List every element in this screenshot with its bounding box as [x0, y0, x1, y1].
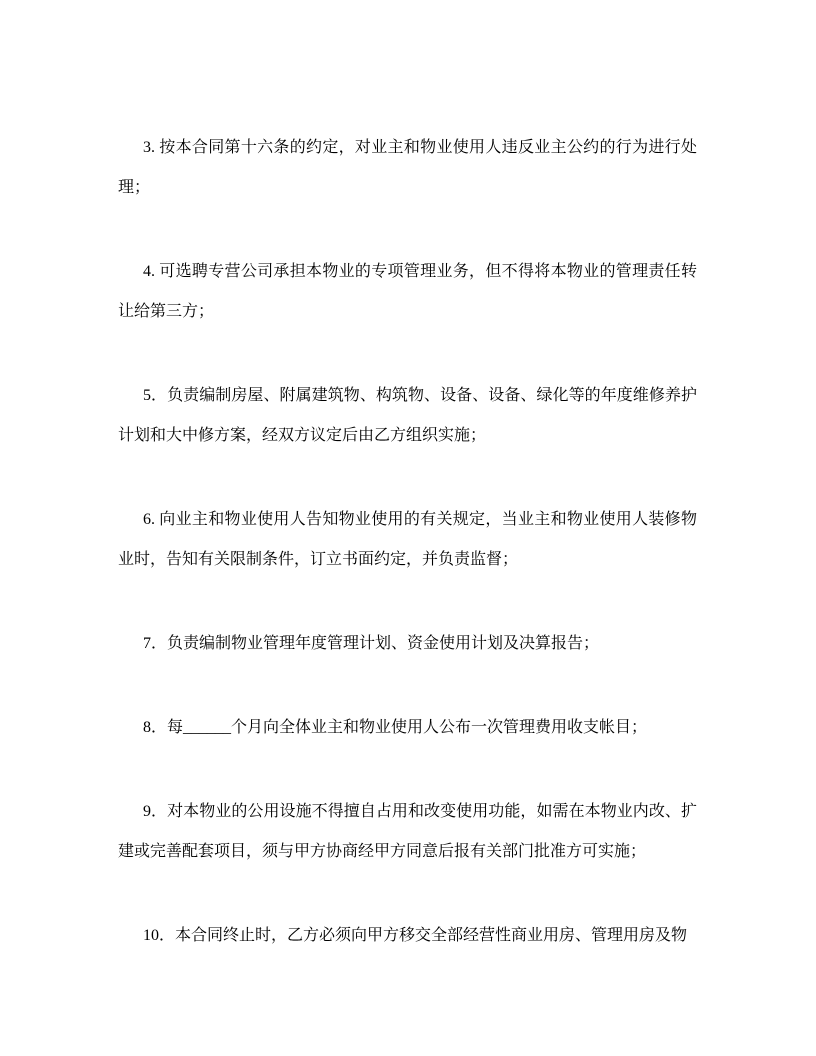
contract-clause-3: 3. 按本合同第十六条的约定，对业主和物业使用人违反业主公约的行为进行处理；	[118, 128, 697, 208]
contract-clause-10: 10．本合同终止时，乙方必须向甲方移交全部经营性商业用房、管理用房及物	[118, 916, 697, 956]
contract-clause-4: 4. 可选聘专营公司承担本物业的专项管理业务，但不得将本物业的管理责任转让给第三…	[118, 252, 697, 332]
document-page: 3. 按本合同第十六条的约定，对业主和物业使用人违反业主公约的行为进行处理； 4…	[0, 0, 816, 1056]
contract-clause-7: 7．负责编制物业管理年度管理计划、资金使用计划及决算报告；	[118, 624, 697, 664]
contract-clause-9: 9．对本物业的公用设施不得擅自占用和改变使用功能，如需在本物业内改、扩建或完善配…	[118, 792, 697, 872]
contract-clause-5: 5．负责编制房屋、附属建筑物、构筑物、设备、设备、绿化等的年度维修养护计划和大中…	[118, 376, 697, 456]
contract-clause-6: 6. 向业主和物业使用人告知物业使用的有关规定，当业主和物业使用人装修物业时，告…	[118, 500, 697, 580]
contract-body: 3. 按本合同第十六条的约定，对业主和物业使用人违反业主公约的行为进行处理； 4…	[118, 128, 697, 956]
contract-clause-8: 8．每______个月向全体业主和物业使用人公布一次管理费用收支帐目；	[118, 708, 697, 748]
